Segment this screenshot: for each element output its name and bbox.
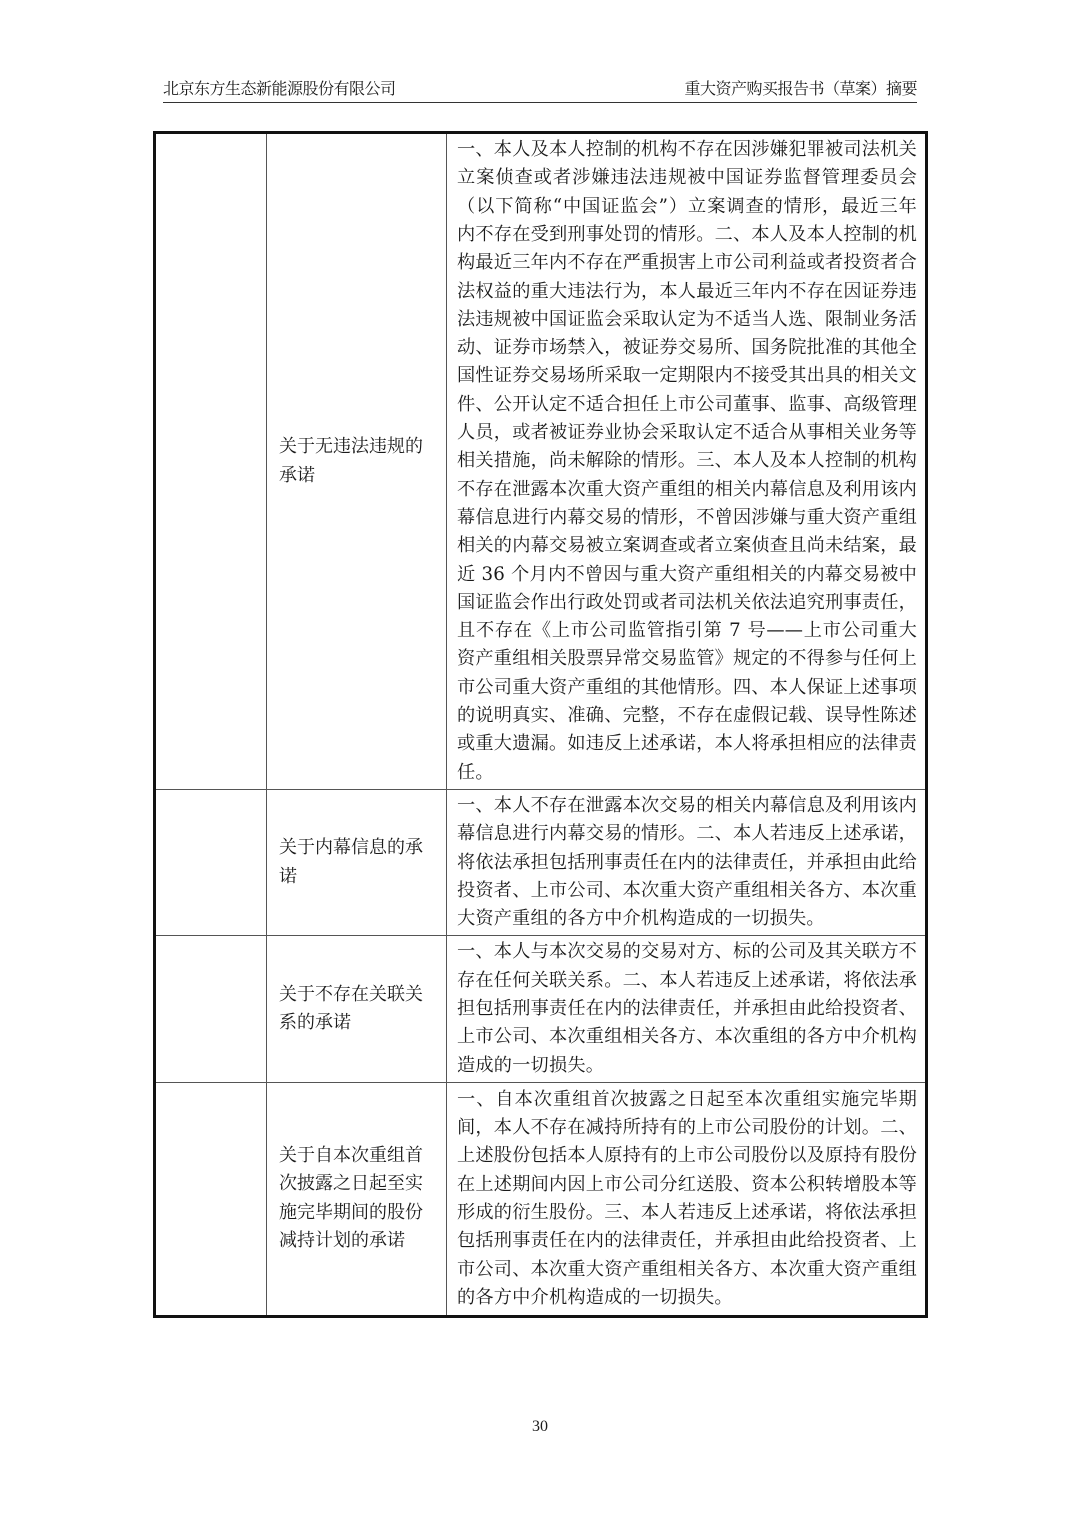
party-cell	[155, 936, 267, 1082]
header-document-title: 重大资产购买报告书（草案）摘要	[684, 78, 917, 100]
table-row: 关于内幕信息的承诺 一、本人不存在泄露本次交易的相关内幕信息及利用该内幕信息进行…	[155, 790, 927, 936]
commitment-topic-cell: 关于内幕信息的承诺	[267, 790, 447, 936]
header-company-name: 北京东方生态新能源股份有限公司	[163, 78, 396, 100]
party-cell	[155, 133, 267, 790]
commitment-topic-cell: 关于自本次重组首次披露之日起至实施完毕期间的股份减持计划的承诺	[267, 1082, 447, 1316]
commitment-topic-cell: 关于不存在关联关系的承诺	[267, 936, 447, 1082]
page-header: 北京东方生态新能源股份有限公司 重大资产购买报告书（草案）摘要	[163, 78, 917, 103]
commitment-topic-cell: 关于无违法违规的承诺	[267, 133, 447, 790]
commitments-table: 关于无违法违规的承诺 一、本人及本人控制的机构不存在因涉嫌犯罪被司法机关立案侦查…	[153, 131, 928, 1318]
table-row: 关于不存在关联关系的承诺 一、本人与本次交易的交易对方、标的公司及其关联方不存在…	[155, 936, 927, 1082]
commitment-content-cell: 一、本人及本人控制的机构不存在因涉嫌犯罪被司法机关立案侦查或者涉嫌违法违规被中国…	[447, 133, 927, 790]
party-cell	[155, 1082, 267, 1316]
commitment-content-cell: 一、本人与本次交易的交易对方、标的公司及其关联方不存在任何关联关系。二、本人若违…	[447, 936, 927, 1082]
party-cell	[155, 790, 267, 936]
table-row: 关于自本次重组首次披露之日起至实施完毕期间的股份减持计划的承诺 一、自本次重组首…	[155, 1082, 927, 1316]
commitment-content-cell: 一、本人不存在泄露本次交易的相关内幕信息及利用该内幕信息进行内幕交易的情形。二、…	[447, 790, 927, 936]
page-number: 30	[0, 1418, 1080, 1436]
commitment-content-cell: 一、自本次重组首次披露之日起至本次重组实施完毕期间，本人不存在减持所持有的上市公…	[447, 1082, 927, 1316]
table-row: 关于无违法违规的承诺 一、本人及本人控制的机构不存在因涉嫌犯罪被司法机关立案侦查…	[155, 133, 927, 790]
